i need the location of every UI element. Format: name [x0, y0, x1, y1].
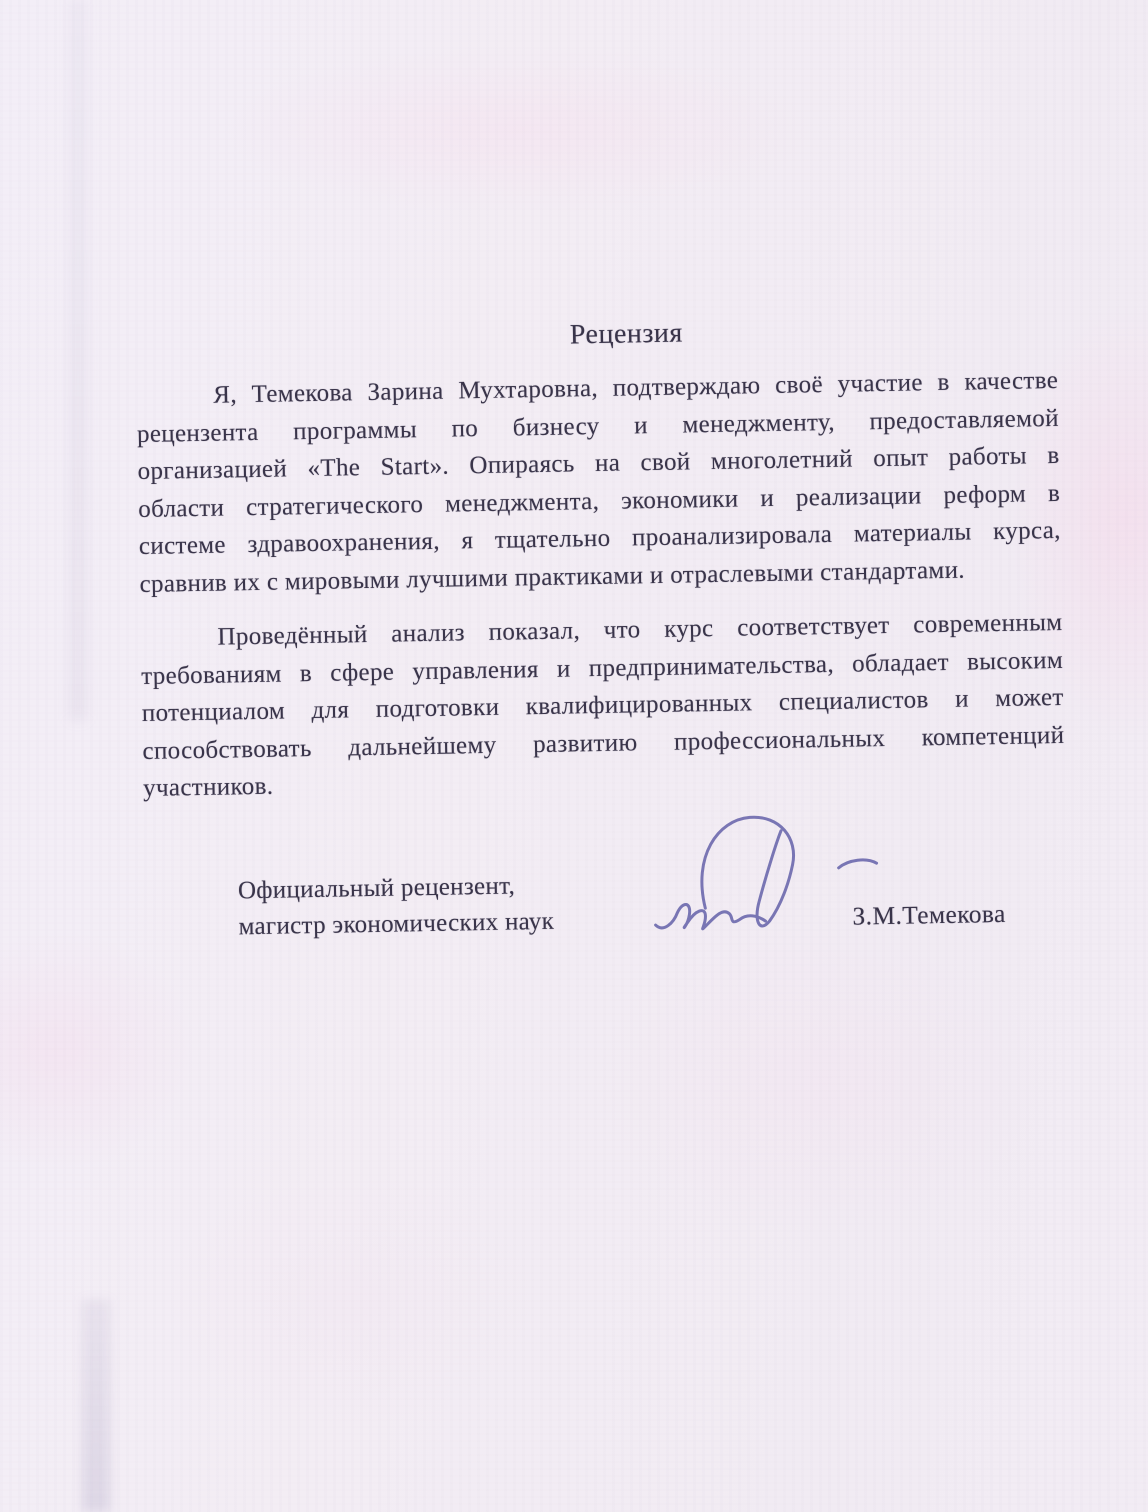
signatory-name: З.М.Темекова — [852, 895, 1006, 934]
scan-streak-artifact — [70, 0, 86, 720]
scan-streak-artifact — [82, 1300, 110, 1512]
paragraph-2: Проведённый анализ показал, что курс соо… — [140, 604, 1065, 808]
handwritten-signature-icon — [642, 806, 895, 960]
signature-block: Официальный рецензент, магистр экономиче… — [145, 858, 1070, 1034]
document-body: Рецензия Я, Темекова Зарина Мухтаровна, … — [135, 310, 1069, 1034]
paragraph-1: Я, Темекова Зарина Мухтаровна, подтвержд… — [136, 362, 1062, 603]
scanned-page: { "doc": { "title": "Рецензия", "p1": [ … — [0, 0, 1148, 1512]
document-title: Рецензия — [165, 309, 1087, 359]
